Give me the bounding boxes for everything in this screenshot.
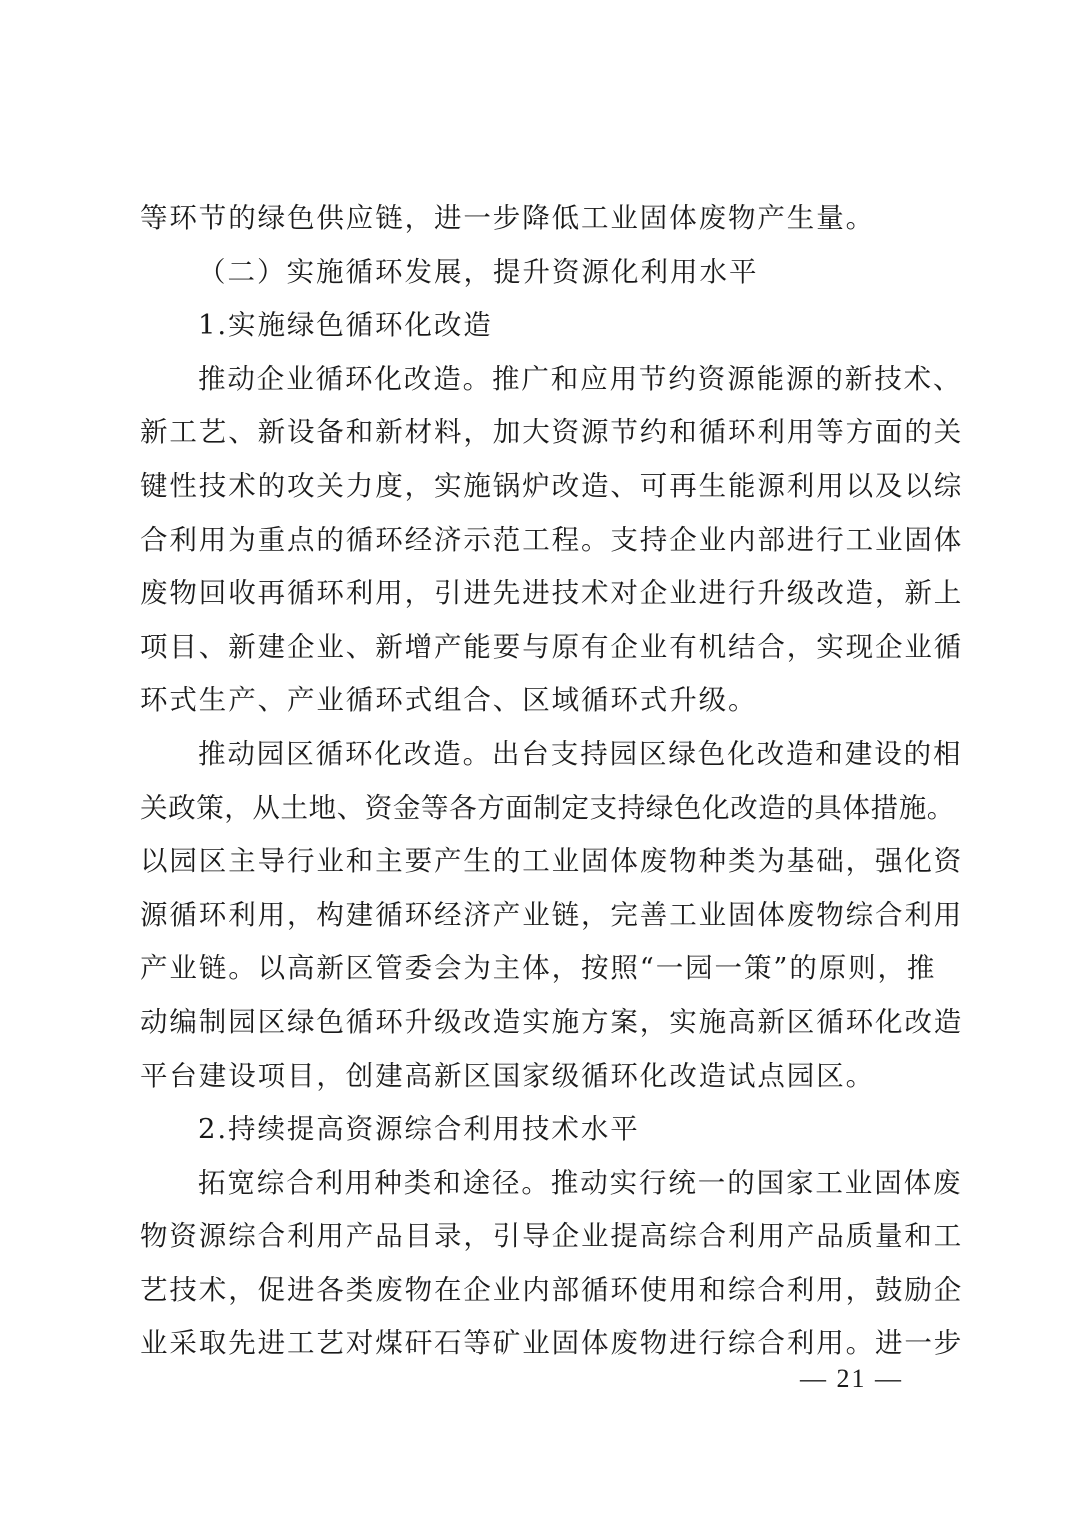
subsection-heading: 1.实施绿色循环化改造 — [140, 299, 940, 353]
paragraph-line: 推动园区循环化改造。出台支持园区绿色化改造和建设的相 — [140, 728, 940, 782]
paragraph-line: 艺技术，促进各类废物在企业内部循环使用和综合利用，鼓励企 — [140, 1264, 940, 1318]
paragraph-line: 产业链。以高新区管委会为主体，按照“一园一策”的原则，推 — [140, 942, 940, 996]
paragraph-line: 关政策，从土地、资金等各方面制定支持绿色化改造的具体措施。 — [140, 782, 940, 836]
paragraph-line: 拓宽综合利用种类和途径。推动实行统一的国家工业固体废 — [140, 1157, 940, 1211]
paragraph-line: 废物回收再循环利用，引进先进技术对企业进行升级改造，新上 — [140, 567, 940, 621]
section-heading: （二）实施循环发展，提升资源化利用水平 — [140, 246, 940, 300]
paragraph-line: 项目、新建企业、新增产能要与原有企业有机结合，实现企业循 — [140, 621, 940, 675]
paragraph-line: 源循环利用，构建循环经济产业链，完善工业固体废物综合利用 — [140, 889, 940, 943]
document-body: 等环节的绿色供应链，进一步降低工业固体废物产生量。 （二）实施循环发展，提升资源… — [140, 192, 940, 1371]
paragraph-line: 物资源综合利用产品目录，引导企业提高综合利用产品质量和工 — [140, 1210, 940, 1264]
paragraph-line: 动编制园区绿色循环升级改造实施方案，实施高新区循环化改造 — [140, 996, 940, 1050]
paragraph-line: 新工艺、新设备和新材料，加大资源节约和循环利用等方面的关 — [140, 406, 940, 460]
paragraph-line: 以园区主导行业和主要产生的工业固体废物种类为基础，强化资 — [140, 835, 940, 889]
paragraph-line: 环式生产、产业循环式组合、区域循环式升级。 — [140, 674, 940, 728]
page-number: — 21 — — [800, 1364, 903, 1394]
paragraph-line: 合利用为重点的循环经济示范工程。支持企业内部进行工业固体 — [140, 514, 940, 568]
subsection-heading: 2.持续提高资源综合利用技术水平 — [140, 1103, 940, 1157]
paragraph-line: 推动企业循环化改造。推广和应用节约资源能源的新技术、 — [140, 353, 940, 407]
paragraph-line: 等环节的绿色供应链，进一步降低工业固体废物产生量。 — [140, 192, 940, 246]
paragraph-line: 平台建设项目，创建高新区国家级循环化改造试点园区。 — [140, 1050, 940, 1104]
paragraph-line: 键性技术的攻关力度，实施锅炉改造、可再生能源利用以及以综 — [140, 460, 940, 514]
